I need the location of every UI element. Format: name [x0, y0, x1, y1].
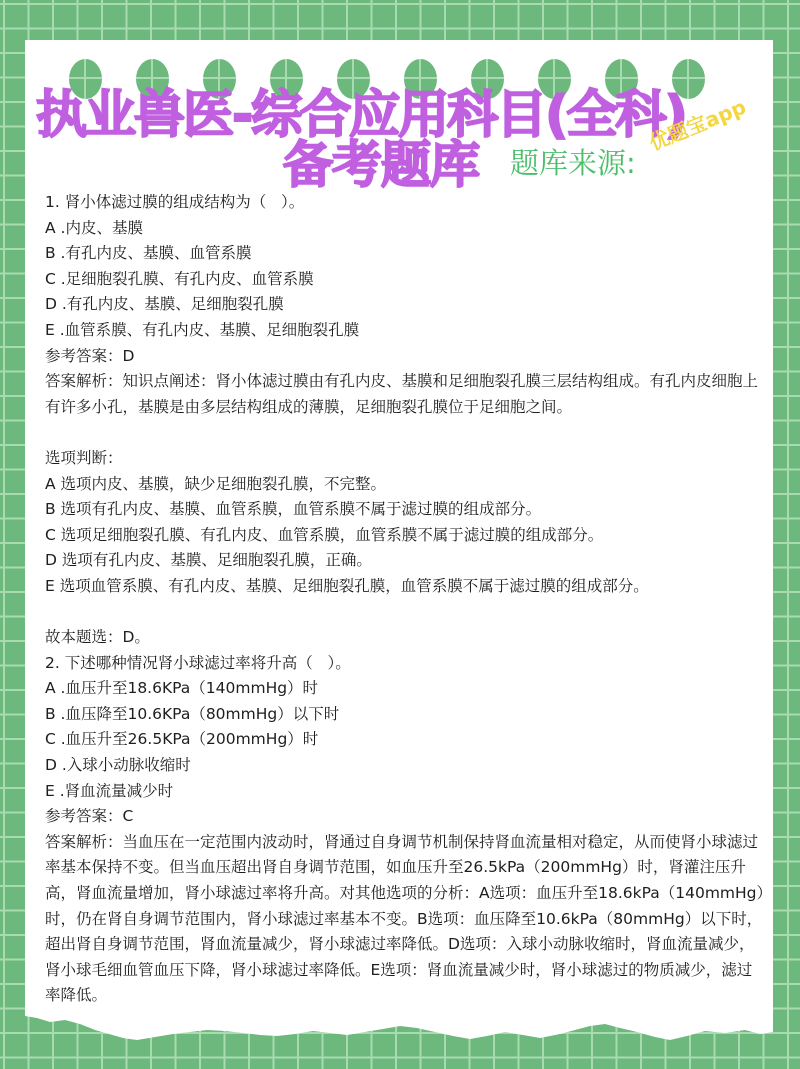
question-stem: 1. 肾小体滤过膜的组成结构为（ ）。 — [45, 190, 767, 216]
option-c: C .血压升至26.5KPa（200mmHg）时 — [45, 727, 767, 753]
spacer — [45, 600, 767, 626]
option-a: A .内皮、基膜 — [45, 216, 767, 242]
option-c: C .足细胞裂孔膜、有孔内皮、血管系膜 — [45, 267, 767, 293]
answer-analysis: 答案解析：知识点阐述：肾小体滤过膜由有孔内皮、基膜和足细胞裂孔膜三层结构组成。有… — [45, 369, 767, 420]
question-2: 2. 下述哪种情况肾小球滤过率将升高（ ）。 A .血压升至18.6KPa（14… — [45, 651, 767, 1009]
option-d: D .有孔内皮、基膜、足细胞裂孔膜 — [45, 292, 767, 318]
conclusion: 故本题选：D。 — [45, 625, 767, 651]
question-1: 1. 肾小体滤过膜的组成结构为（ ）。 A .内皮、基膜 B .有孔内皮、基膜、… — [45, 190, 767, 651]
option-b: B .血压降至10.6KPa（80mmHg）以下时 — [45, 702, 767, 728]
judgement-d: D 选项有孔内皮、基膜、足细胞裂孔膜，正确。 — [45, 548, 767, 574]
source-label: 题库来源: — [510, 145, 636, 181]
judgement-a: A 选项内皮、基膜，缺少足细胞裂孔膜，不完整。 — [45, 472, 767, 498]
judgement-c: C 选项足细胞裂孔膜、有孔内皮、血管系膜，血管系膜不属于滤过膜的组成部分。 — [45, 523, 767, 549]
judgement-b: B 选项有孔内皮、基膜、血管系膜，血管系膜不属于滤过膜的组成部分。 — [45, 497, 767, 523]
option-a: A .血压升至18.6KPa（140mmHg）时 — [45, 676, 767, 702]
option-e: E .肾血流量减少时 — [45, 779, 767, 805]
page-subtitle: 备考题库 — [283, 138, 479, 192]
judgement-title: 选项判断： — [45, 446, 767, 472]
question-stem: 2. 下述哪种情况肾小球滤过率将升高（ ）。 — [45, 651, 767, 677]
option-b: B .有孔内皮、基膜、血管系膜 — [45, 241, 767, 267]
answer-analysis: 答案解析：当血压在一定范围内波动时，肾通过自身调节机制保持肾血流量相对稳定，从而… — [45, 830, 767, 1009]
reference-answer: 参考答案：C — [45, 804, 767, 830]
judgement-e: E 选项血管系膜、有孔内皮、基膜、足细胞裂孔膜，血管系膜不属于滤过膜的组成部分。 — [45, 574, 767, 600]
spacer — [45, 420, 767, 446]
reference-answer: 参考答案：D — [45, 344, 767, 370]
option-d: D .入球小动脉收缩时 — [45, 753, 767, 779]
torn-paper-edge — [25, 1010, 773, 1060]
question-content: 1. 肾小体滤过膜的组成结构为（ ）。 A .内皮、基膜 B .有孔内皮、基膜、… — [45, 190, 767, 1009]
option-e: E .血管系膜、有孔内皮、基膜、足细胞裂孔膜 — [45, 318, 767, 344]
